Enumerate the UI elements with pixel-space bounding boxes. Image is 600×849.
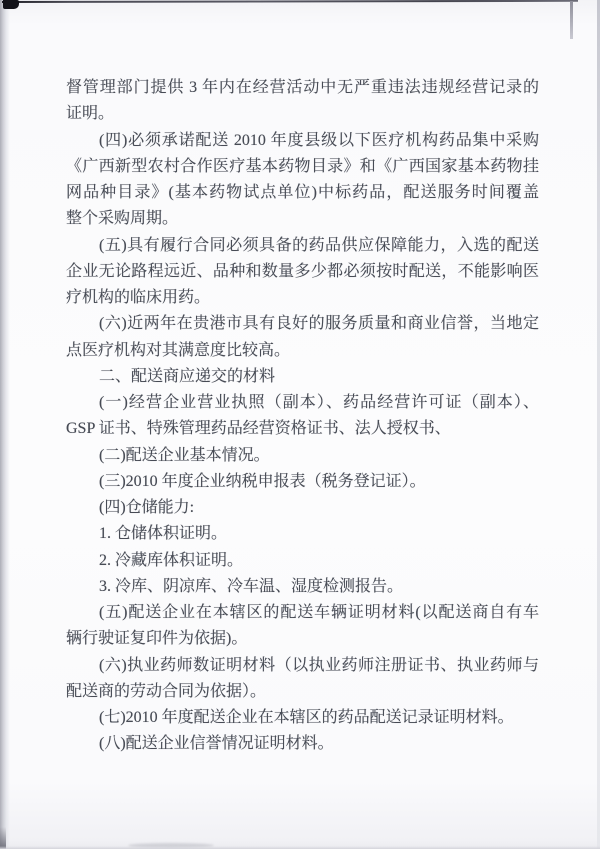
text-line: 网品种目录》(基本药物试点单位)中标药品，配送服务时间覆盖 bbox=[66, 180, 539, 206]
scan-top-left-mark bbox=[3, 0, 19, 9]
scanned-page: 督管理部门提供 3 年内在经营活动中无严重违法违规经营记录的证明。(四)必须承诺… bbox=[0, 0, 600, 849]
scan-top-right-tick bbox=[570, 1, 573, 39]
text-line: 企业无论路程远近、品种和数量多少都必须按时配送，不能影响医 bbox=[66, 259, 539, 285]
text-line: (五)配送企业在本辖区的配送车辆证明材料(以配送商自有车 bbox=[66, 600, 539, 626]
text-line: 2. 冷藏库体积证明。 bbox=[66, 548, 539, 574]
text-line: 配送商的劳动合同为依据）。 bbox=[66, 679, 539, 705]
text-line: 点医疗机构对其满意度比较高。 bbox=[66, 338, 539, 364]
text-line: 《广西新型农村合作医疗基本药物目录》和《广西国家基本药物挂 bbox=[66, 154, 539, 180]
text-line: 证明。 bbox=[66, 101, 539, 127]
text-line: (三)2010 年度企业纳税申报表（税务登记证）。 bbox=[66, 469, 539, 495]
text-line: 二、配送商应递交的材料 bbox=[66, 364, 539, 390]
text-line: 整个采购周期。 bbox=[66, 206, 539, 232]
text-line: (七)2010 年度配送企业在本辖区的药品配送记录证明材料。 bbox=[66, 705, 539, 731]
text-line: GSP 证书、特殊管理药品经营资格证书、法人授权书、 bbox=[66, 416, 539, 442]
text-line: (一)经营企业营业执照（副本）、药品经营许可证（副本）、 bbox=[66, 390, 539, 416]
text-line: 疗机构的临床用药。 bbox=[66, 285, 539, 311]
text-line: 督管理部门提供 3 年内在经营活动中无严重违法违规经营记录的 bbox=[66, 75, 539, 101]
text-line: (五)具有履行合同必须具备的药品供应保障能力，入选的配送 bbox=[66, 233, 539, 259]
text-line: 辆行驶证复印件为依据)。 bbox=[66, 626, 539, 652]
text-line: 1. 仓储体积证明。 bbox=[66, 521, 539, 547]
text-line: (四)仓储能力: bbox=[66, 495, 539, 521]
text-line: (六)执业药师数证明材料（以执业药师注册证书、执业药师与 bbox=[66, 653, 539, 679]
text-line: (六)近两年在贵港市具有良好的服务质量和商业信誉，当地定 bbox=[66, 311, 539, 337]
text-line: (二)配送企业基本情况。 bbox=[66, 443, 539, 469]
text-line: 3. 冷库、阴凉库、冷车温、湿度检测报告。 bbox=[66, 574, 539, 600]
text-line: (八)配送企业信誉情况证明材料。 bbox=[66, 731, 539, 757]
document-text: 督管理部门提供 3 年内在经营活动中无严重违法违规经营记录的证明。(四)必须承诺… bbox=[66, 75, 539, 758]
scan-left-edge-shadow bbox=[0, 0, 10, 849]
scan-top-edge-line bbox=[2, 0, 578, 3]
text-line: (四)必须承诺配送 2010 年度县级以下医疗机构药品集中采购 bbox=[66, 128, 539, 154]
